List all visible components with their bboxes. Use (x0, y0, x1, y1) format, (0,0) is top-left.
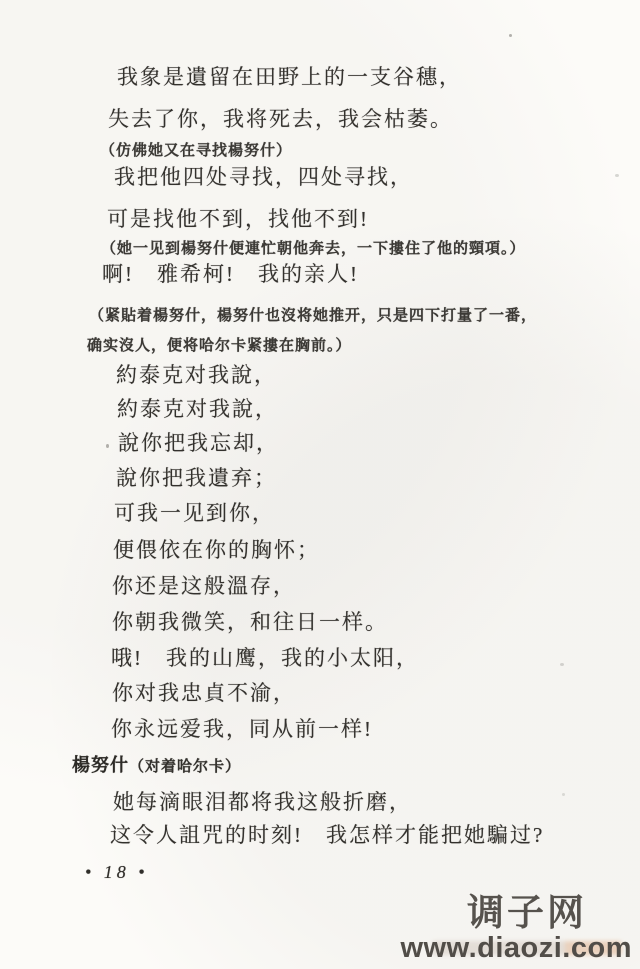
verse-line: 說你把我遺弃； (116, 467, 277, 490)
stage-direction-line: （仿佛她又在寻找楊努什） (100, 139, 292, 160)
speaker-direction: （对着哈尔卡） (129, 759, 241, 775)
verse-line: 約泰克对我說， (117, 398, 278, 421)
verse-line: 約泰克对我說， (116, 364, 277, 387)
verse-line: 你对我忠貞不渝， (112, 682, 296, 705)
watermark: 调子网 www.diaozi.com (400, 894, 632, 963)
stage-direction-line: （紧貼着楊努什，楊努什也沒将她推开，只是四下打量了一番， (89, 304, 537, 325)
scanned-book-page: 我象是遺留在田野上的一支谷穗， 失去了你，我将死去，我会枯萎。 （仿佛她又在寻找… (0, 0, 640, 969)
verse-line: 可我一见到你， (114, 502, 275, 525)
scan-speck (562, 793, 565, 796)
verse-line: 說你把我忘却， (118, 432, 279, 455)
stage-direction-line: 确实沒人，便将哈尔卡紧摟在胸前。） (87, 334, 352, 355)
verse-line: 啊! 雅希柯! 我的亲人! (102, 263, 359, 286)
verse-line: 便偎依在你的胸怀； (113, 539, 320, 562)
watermark-site-url: www.diaozi.com (400, 934, 632, 963)
verse-line: 我把他四处寻找，四处寻找， (114, 166, 413, 189)
scan-speck (509, 34, 512, 37)
verse-line: 失去了你，我将死去，我会枯萎。 (108, 108, 453, 131)
scan-speck (106, 444, 109, 448)
scan-speck (560, 663, 564, 666)
verse-line: 这令人詛咒的时刻! 我怎样才能把她騙过? (110, 824, 544, 847)
page-number: • 18 • (85, 862, 149, 883)
stage-direction-line: （她一见到楊努什便連忙朝他奔去，一下摟住了他的頸項。） (101, 237, 526, 258)
watermark-site-name: 调子网 (400, 894, 587, 931)
verse-line: 你朝我微笑，和往日一样。 (112, 611, 388, 634)
speaker-name: 楊努什 (72, 755, 129, 775)
verse-line: 哦! 我的山鹰，我的小太阳， (111, 647, 419, 670)
verse-line: 我象是遺留在田野上的一支谷穗， (117, 66, 462, 89)
verse-line: 你还是这般溫存， (112, 575, 296, 598)
verse-line: 可是找他不到，找他不到! (107, 208, 369, 231)
scan-speck (615, 174, 619, 177)
verse-line: 你永远爱我，同从前一样! (111, 718, 373, 741)
speaker-heading: 楊努什（对着哈尔卡） (72, 751, 241, 777)
verse-line: 她每滴眼泪都将我这般折磨， (113, 791, 412, 814)
